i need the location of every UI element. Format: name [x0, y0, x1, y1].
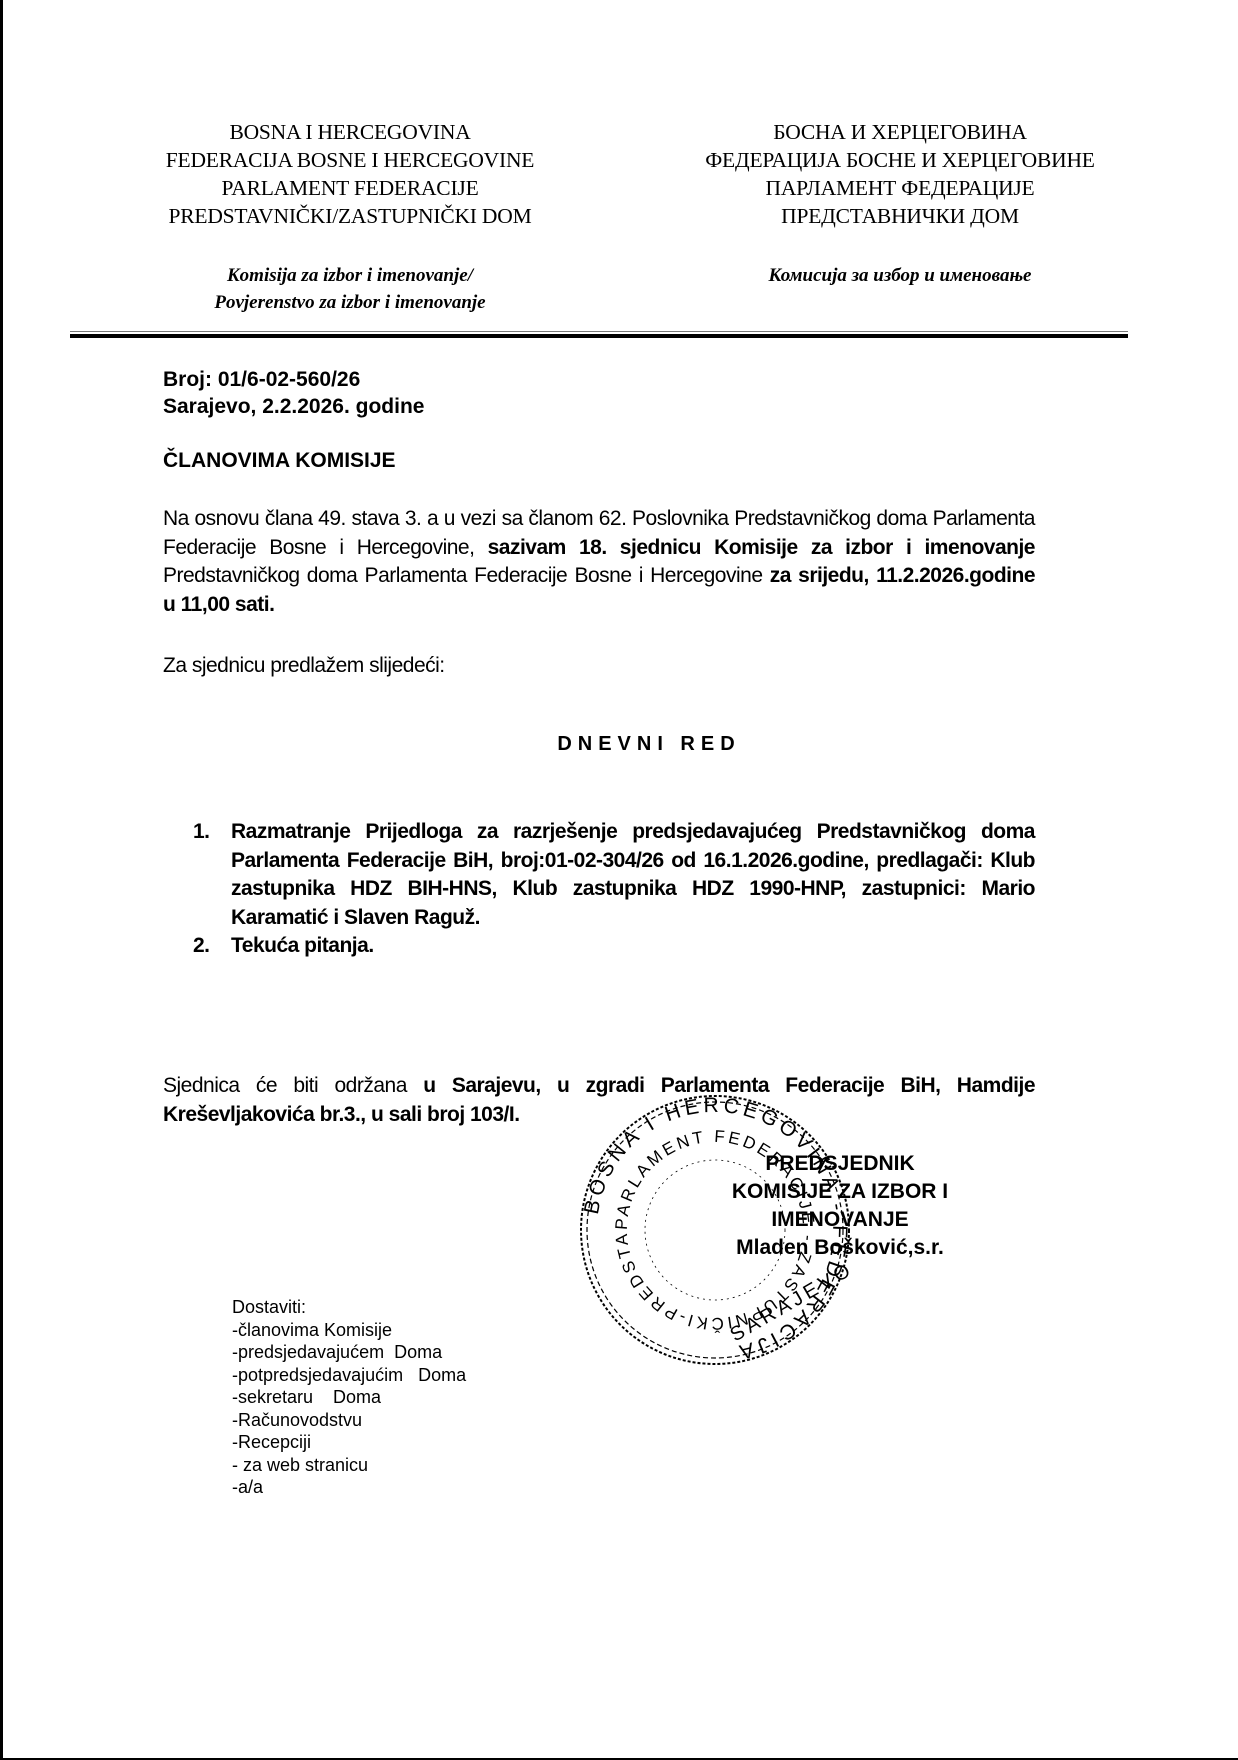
letterhead-line: ПРЕДСТАВНИЧКИ ДОМ — [640, 202, 1160, 230]
signature-title: KOMISIJE ZA IZBOR I — [690, 1178, 990, 1206]
signature-title: PREDSJEDNIK — [690, 1150, 990, 1178]
letterhead-divider-thin — [70, 331, 1128, 332]
signature-block: PREDSJEDNIK KOMISIJE ZA IZBOR I IMENOVAN… — [690, 1150, 990, 1262]
scan-border-left — [0, 0, 3, 1760]
commission-name-latin: Komisija za izbor i imenovanje/ Povjeren… — [80, 262, 620, 316]
letterhead-line: FEDERACIJA BOSNE I HERCEGOVINE — [80, 146, 620, 174]
distribution-item: -sekretaru Doma — [232, 1386, 466, 1409]
reference-number: Broj: 01/6-02-560/26 — [163, 366, 424, 393]
agenda-item-text: Razmatranje Prijedloga za razrješenje pr… — [231, 818, 1035, 932]
letterhead-line: ПАРЛАМЕНТ ФЕДЕРАЦИЈЕ — [640, 174, 1160, 202]
distribution-item: -potpredsjedavajućim Doma — [232, 1364, 466, 1387]
letterhead-line: БОСНА И ХЕРЦЕГОВИНА — [640, 118, 1160, 146]
distribution-item: -Recepciji — [232, 1431, 466, 1454]
place-date: Sarajevo, 2.2.2026. godine — [163, 393, 424, 420]
distribution-list: Dostaviti: -članovima Komisije -predsjed… — [232, 1296, 466, 1499]
agenda-item-text: Tekuća pitanja. — [231, 932, 1035, 961]
distribution-item: -predsjedavajućem Doma — [232, 1341, 466, 1364]
distribution-item: -Računovodstvu — [232, 1409, 466, 1432]
intro-paragraph: Na osnovu člana 49. stava 3. a u vezi sa… — [163, 505, 1035, 619]
intro-session-call: sazivam 18. sjednicu Komisije za izbor i… — [488, 536, 1035, 559]
agenda-item: 2. Tekuća pitanja. — [193, 932, 1035, 961]
distribution-item: -članovima Komisije — [232, 1319, 466, 1342]
commission-name-cyrillic: Комисија за избор и именовање — [640, 262, 1160, 289]
commission-name-line: Комисија за избор и именовање — [640, 262, 1160, 289]
distribution-item: - za web stranicu — [232, 1454, 466, 1477]
agenda-item: 1. Razmatranje Prijedloga za razrješenje… — [193, 818, 1035, 932]
letterhead-divider — [70, 334, 1128, 338]
letterhead-line: BOSNA I HERCEGOVINA — [80, 118, 620, 146]
signature-name: Mladen Bošković,s.r. — [690, 1234, 990, 1262]
intro-text: Predstavničkog doma Parlamenta Federacij… — [163, 564, 770, 587]
agenda-item-number: 2. — [193, 932, 210, 961]
letterhead-line: PREDSTAVNIČKI/ZASTUPNIČKI DOM — [80, 202, 620, 230]
reference-block: Broj: 01/6-02-560/26 Sarajevo, 2.2.2026.… — [163, 366, 424, 420]
commission-name-line: Komisija za izbor i imenovanje/ — [80, 262, 620, 289]
location-text: Sjednica će biti održana — [163, 1074, 423, 1097]
agenda-list: 1. Razmatranje Prijedloga za razrješenje… — [193, 818, 1035, 961]
addressee: ČLANOVIMA KOMISIJE — [163, 449, 396, 473]
letterhead-line: ФЕДЕРАЦИЈА БОСНЕ И ХЕРЦЕГОВИНЕ — [640, 146, 1160, 174]
agenda-title: DNEVNI RED — [0, 733, 1238, 756]
agenda-item-number: 1. — [193, 818, 210, 847]
propose-text: Za sjednicu predlažem slijedeći: — [163, 654, 445, 678]
letterhead-latin: BOSNA I HERCEGOVINA FEDERACIJA BOSNE I H… — [80, 118, 620, 230]
signature-title: IMENOVANJE — [690, 1206, 990, 1234]
letterhead-line: PARLAMENT FEDERACIJE — [80, 174, 620, 202]
distribution-item: -a/a — [232, 1476, 466, 1499]
distribution-title: Dostaviti: — [232, 1296, 466, 1319]
commission-name-line: Povjerenstvo za izbor i imenovanje — [80, 289, 620, 316]
letterhead-cyrillic: БОСНА И ХЕРЦЕГОВИНА ФЕДЕРАЦИЈА БОСНЕ И Х… — [640, 118, 1160, 230]
